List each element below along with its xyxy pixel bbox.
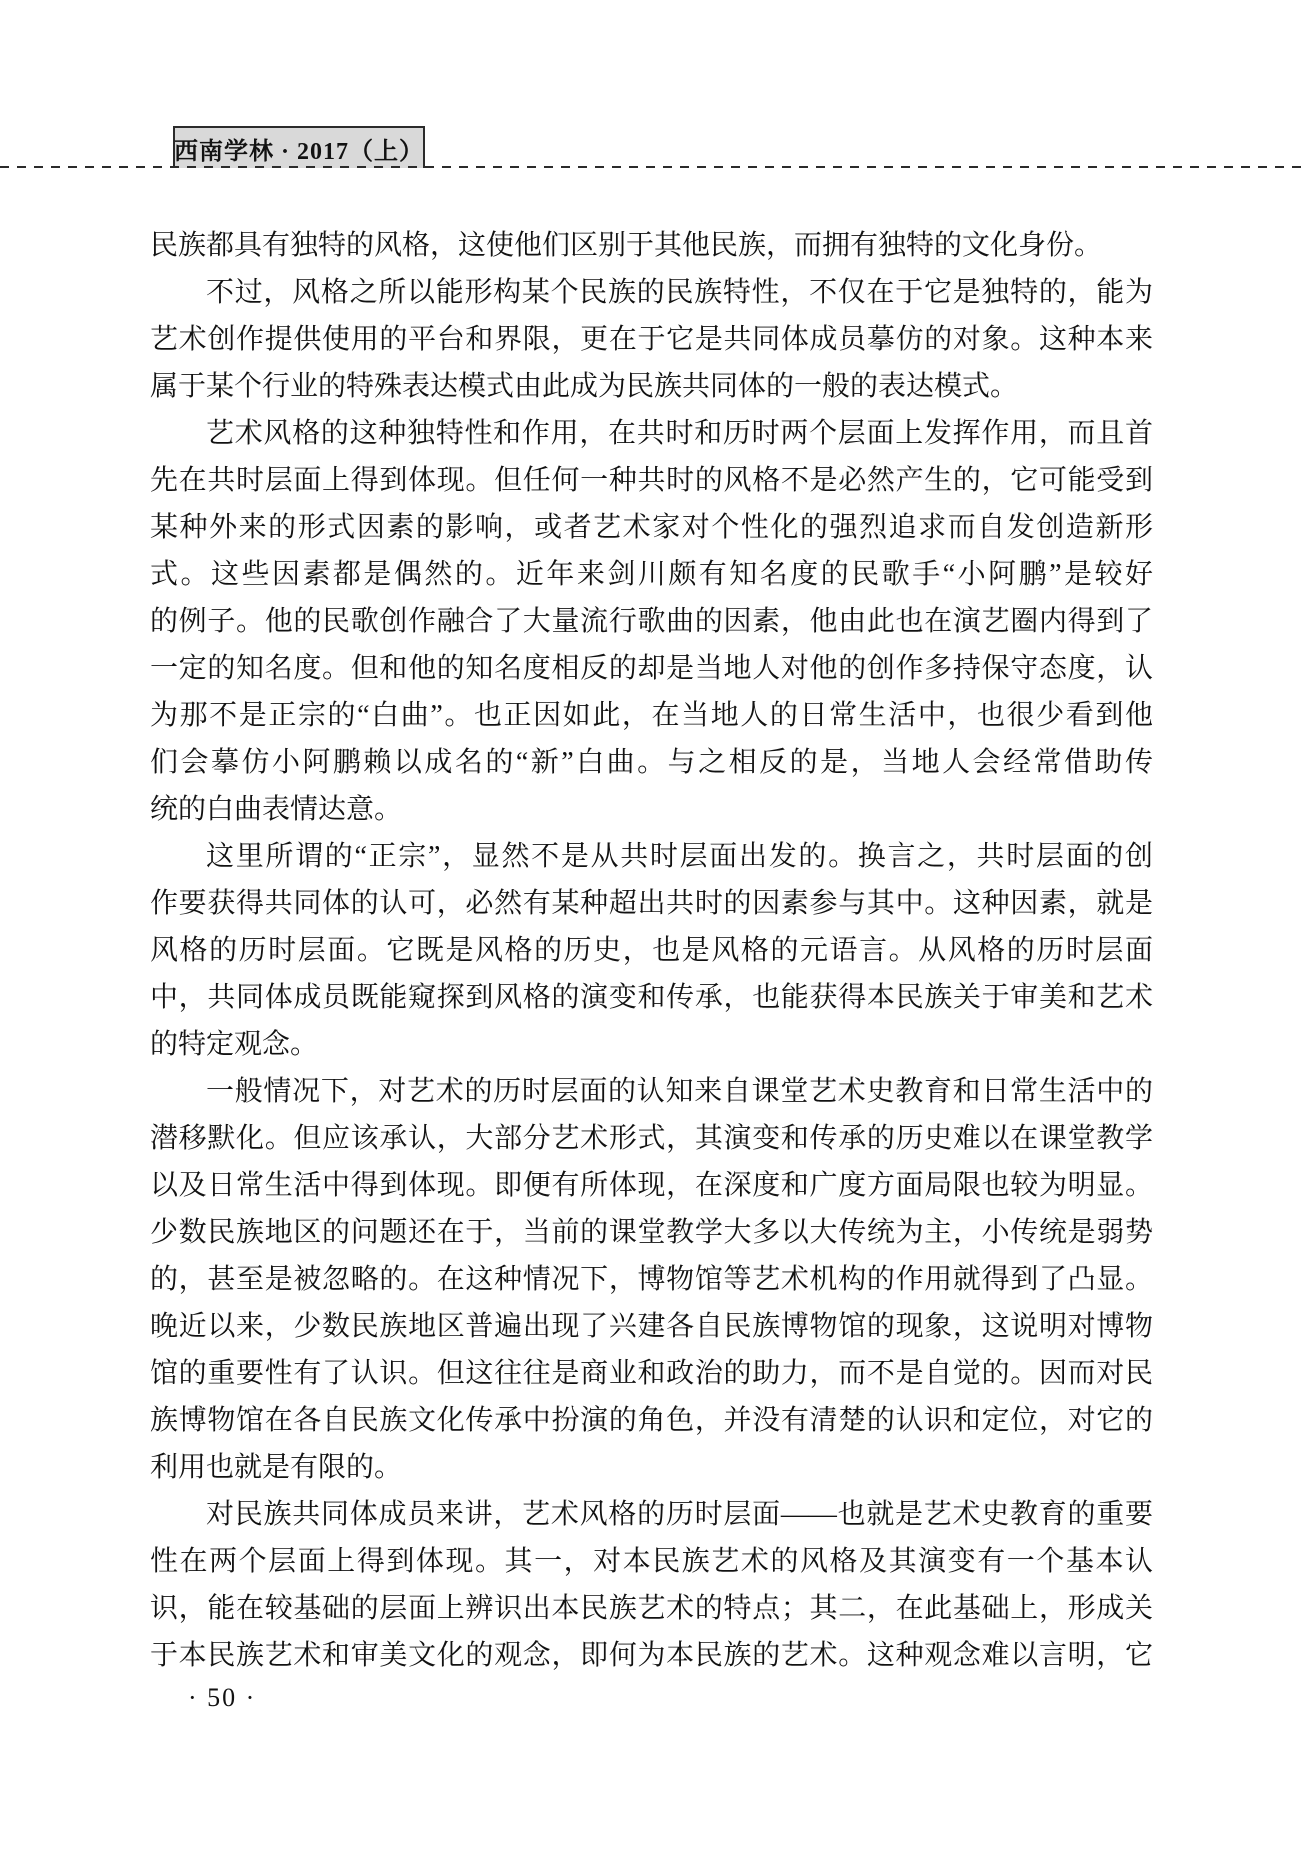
text-line: 艺术创作提供使用的平台和界限，更在于它是共同体成员摹仿的对象。这种本来 [150,316,1153,363]
text-line: 属于某个行业的特殊表达模式由此成为民族共同体的一般的表达模式。 [150,363,1153,410]
text-line: 为那不是正宗的“白曲”。也正因如此，在当地人的日常生活中，也很少看到他 [150,692,1153,739]
body-text: 民族都具有独特的风格，这使他们区别于其他民族，而拥有独特的文化身份。不过，风格之… [150,222,1153,1679]
journal-title: 西南学林 · 2017（上） [174,131,424,166]
text-line: 某种外来的形式因素的影响，或者艺术家对个性化的强烈追求而自发创造新形 [150,504,1153,551]
header-divider-line [0,166,1307,168]
text-line: 这里所谓的“正宗”，显然不是从共时层面出发的。换言之，共时层面的创 [150,833,1153,880]
journal-header-box: 西南学林 · 2017（上） [173,126,425,168]
text-line: 性在两个层面上得到体现。其一，对本民族艺术的风格及其演变有一个基本认 [150,1538,1153,1585]
text-line: 们会摹仿小阿鹏赖以成名的“新”白曲。与之相反的是，当地人会经常借助传 [150,739,1153,786]
text-line: 潜移默化。但应该承认，大部分艺术形式，其演变和传承的历史难以在课堂教学 [150,1115,1153,1162]
text-line: 少数民族地区的问题还在于，当前的课堂教学大多以大传统为主，小传统是弱势 [150,1209,1153,1256]
text-line: 式。这些因素都是偶然的。近年来剑川颇有知名度的民歌手“小阿鹏”是较好 [150,551,1153,598]
text-line: 的例子。他的民歌创作融合了大量流行歌曲的因素，他由此也在演艺圈内得到了 [150,598,1153,645]
text-line: 民族都具有独特的风格，这使他们区别于其他民族，而拥有独特的文化身份。 [150,222,1153,269]
text-line: 一般情况下，对艺术的历时层面的认知来自课堂艺术史教育和日常生活中的 [150,1068,1153,1115]
text-line: 的特定观念。 [150,1021,1153,1068]
text-line: 中，共同体成员既能窥探到风格的演变和传承，也能获得本民族关于审美和艺术 [150,974,1153,1021]
text-line: 对民族共同体成员来讲，艺术风格的历时层面——也就是艺术史教育的重要 [150,1491,1153,1538]
text-line: 馆的重要性有了认识。但这往往是商业和政治的助力，而不是自觉的。因而对民 [150,1350,1153,1397]
text-line: 利用也就是有限的。 [150,1444,1153,1491]
journal-page: 西南学林 · 2017（上） 民族都具有独特的风格，这使他们区别于其他民族，而拥… [0,0,1307,1859]
text-line: 作要获得共同体的认可，必然有某种超出共时的因素参与其中。这种因素，就是 [150,880,1153,927]
page-number: · 50 · [188,1678,256,1718]
text-line: 统的白曲表情达意。 [150,786,1153,833]
text-line: 先在共时层面上得到体现。但任何一种共时的风格不是必然产生的，它可能受到 [150,457,1153,504]
text-line: 艺术风格的这种独特性和作用，在共时和历时两个层面上发挥作用，而且首 [150,410,1153,457]
text-line: 的，甚至是被忽略的。在这种情况下，博物馆等艺术机构的作用就得到了凸显。 [150,1256,1153,1303]
text-line: 以及日常生活中得到体现。即便有所体现，在深度和广度方面局限也较为明显。 [150,1162,1153,1209]
text-line: 族博物馆在各自民族文化传承中扮演的角色，并没有清楚的认识和定位，对它的 [150,1397,1153,1444]
text-line: 于本民族艺术和审美文化的观念，即何为本民族的艺术。这种观念难以言明，它 [150,1632,1153,1679]
text-line: 一定的知名度。但和他的知名度相反的却是当地人对他的创作多持保守态度，认 [150,645,1153,692]
text-line: 不过，风格之所以能形构某个民族的民族特性，不仅在于它是独特的，能为 [150,269,1153,316]
text-line: 晚近以来，少数民族地区普遍出现了兴建各自民族博物馆的现象，这说明对博物 [150,1303,1153,1350]
text-line: 风格的历时层面。它既是风格的历史，也是风格的元语言。从风格的历时层面 [150,927,1153,974]
text-line: 识，能在较基础的层面上辨识出本民族艺术的特点；其二，在此基础上，形成关 [150,1585,1153,1632]
